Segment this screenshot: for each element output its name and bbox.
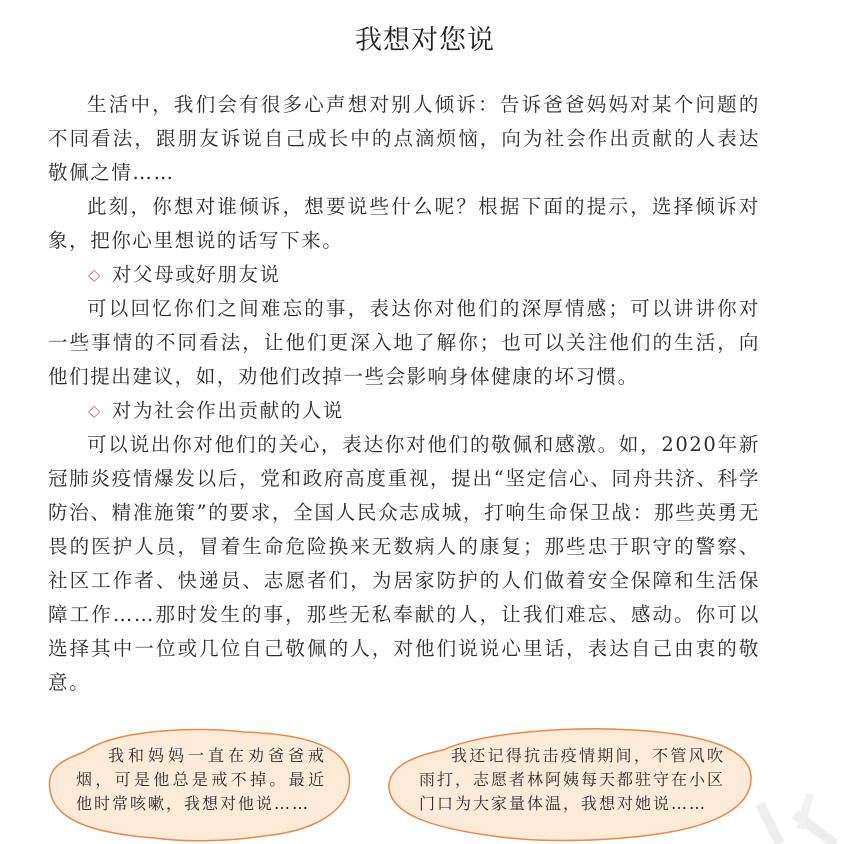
watermark-icon xyxy=(740,774,850,844)
speech-bubble-text: 我和妈妈一直在劝爸爸戒烟，可是他总是戒不掉。最近他时常咳嗽，我想对他说…… xyxy=(76,744,326,816)
section-text-parents-friends: 可以回忆你们之间难忘的事，表达你对他们的深厚情感；可以讲讲你对一些事情的不同看法… xyxy=(48,292,760,394)
section-text-contributors: 可以说出你对他们的关心，表达你对他们的敬佩和感激。如，2020年新冠肺炎疫情爆发… xyxy=(48,428,760,700)
diamond-bullet-icon: ◇ xyxy=(88,258,102,292)
section-heading-contributors: ◇ 对为社会作出贡献的人说 xyxy=(48,394,760,428)
intro-paragraph-2: 此刻，你想对谁倾诉，想要说些什么呢？根据下面的提示，选择倾诉对象，把你心里想说的… xyxy=(48,190,760,258)
page-title: 我想对您说 xyxy=(0,18,850,57)
section-heading-parents-friends: ◇ 对父母或好朋友说 xyxy=(48,258,760,292)
speech-bubble-father: 我和妈妈一直在劝爸爸戒烟，可是他总是戒不掉。最近他时常咳嗽，我想对他说…… xyxy=(44,724,364,844)
section-heading-label: 对父母或好朋友说 xyxy=(112,258,281,292)
diamond-bullet-icon: ◇ xyxy=(88,394,102,428)
speech-bubble-volunteer: 我还记得抗击疫情期间，不管风吹雨打，志愿者林阿姨每天都驻守在小区门口为大家量体温… xyxy=(383,724,763,844)
intro-text: 生活中，我们会有很多心声想对别人倾诉：告诉爸爸妈妈对某个问题的不同看法，跟朋友诉… xyxy=(48,88,760,700)
intro-paragraph-1: 生活中，我们会有很多心声想对别人倾诉：告诉爸爸妈妈对某个问题的不同看法，跟朋友诉… xyxy=(48,88,760,190)
section-heading-label: 对为社会作出贡献的人说 xyxy=(112,394,344,428)
speech-bubble-text: 我还记得抗击疫情期间，不管风吹雨打，志愿者林阿姨每天都驻守在小区门口为大家量体温… xyxy=(419,744,725,816)
